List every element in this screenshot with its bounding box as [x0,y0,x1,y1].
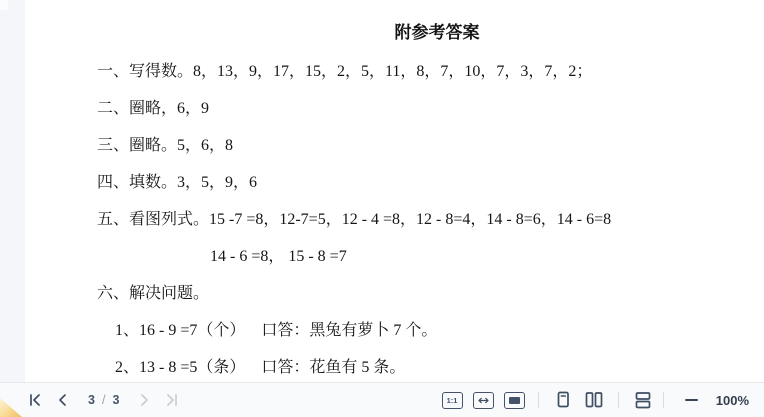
actual-size-label: 1:1 [447,396,458,405]
page-number-display[interactable]: 3 / 3 [88,393,119,407]
zoom-controls: 100% [659,383,749,417]
toolbar-divider [538,392,539,408]
next-page-icon [135,391,153,409]
answer-line-5: 五、看图列式。15 -7 =8，12-7=5，12 - 4 =8，12 - 8=… [25,201,764,238]
toolbar-divider [663,392,664,408]
two-page-view-button[interactable] [583,389,605,411]
left-gutter [0,0,25,382]
gutter-notch [0,0,8,10]
view-mode-controls: 1:1 [441,383,654,417]
fit-width-button[interactable] [472,389,494,411]
total-pages: 3 [112,393,119,407]
answer-line-1: 一、写得数。8，13，9，17，15，2，5，11，8，7，10，7，3，7，2… [25,53,764,90]
toolbar-divider [618,392,619,408]
next-page-button[interactable] [133,389,155,411]
last-page-icon [163,391,181,409]
fit-page-button[interactable] [503,389,525,411]
zoom-out-button[interactable] [681,389,703,411]
single-page-view-button[interactable] [552,389,574,411]
answer-line-3: 三、圈略。5，6，8 [25,127,764,164]
document-viewer-window: 附参考答案 一、写得数。8，13，9，17，15，2，5，11，8，7，10，7… [0,0,764,417]
single-page-icon [554,390,572,410]
actual-size-icon: 1:1 [442,392,463,409]
answer-line-6-item-1: 1、16 - 9 =7（个） 口答：黑兔有萝卜 7 个。 [25,312,764,349]
zoom-out-icon [685,399,698,402]
answer-line-6: 六、解决问题。 [25,275,764,312]
first-page-button[interactable] [24,389,46,411]
answer-line-6-item-2: 2、13 - 8 =5（条） 口答：花鱼有 5 条。 [25,349,764,382]
document-title: 附参考答案 [25,13,764,53]
current-page[interactable]: 3 [88,393,95,407]
last-page-button[interactable] [161,389,183,411]
viewer-toolbar: 3 / 3 1:1 [0,382,764,417]
continuous-scroll-button[interactable] [632,389,654,411]
previous-page-button[interactable] [52,389,74,411]
fit-page-icon [504,392,525,409]
fit-width-icon [473,392,494,409]
answer-line-4: 四、填数。3，5，9，6 [25,164,764,201]
answer-line-2: 二、圈略，6，9 [25,90,764,127]
continuous-scroll-icon [633,390,653,410]
document-page: 附参考答案 一、写得数。8，13，9，17，15，2，5，11，8，7，10，7… [25,0,764,382]
document-content: 附参考答案 一、写得数。8，13，9，17，15，2，5，11，8，7，10，7… [25,0,764,382]
page-separator: / [102,393,105,407]
zoom-level-display[interactable]: 100% [716,393,749,408]
page-navigation: 3 / 3 [24,383,183,417]
actual-size-button[interactable]: 1:1 [441,389,463,411]
two-page-icon [584,390,604,410]
first-page-icon [26,391,44,409]
answer-line-5-continued: 14 - 6 =8， 15 - 8 =7 [25,238,764,275]
previous-page-icon [54,391,72,409]
